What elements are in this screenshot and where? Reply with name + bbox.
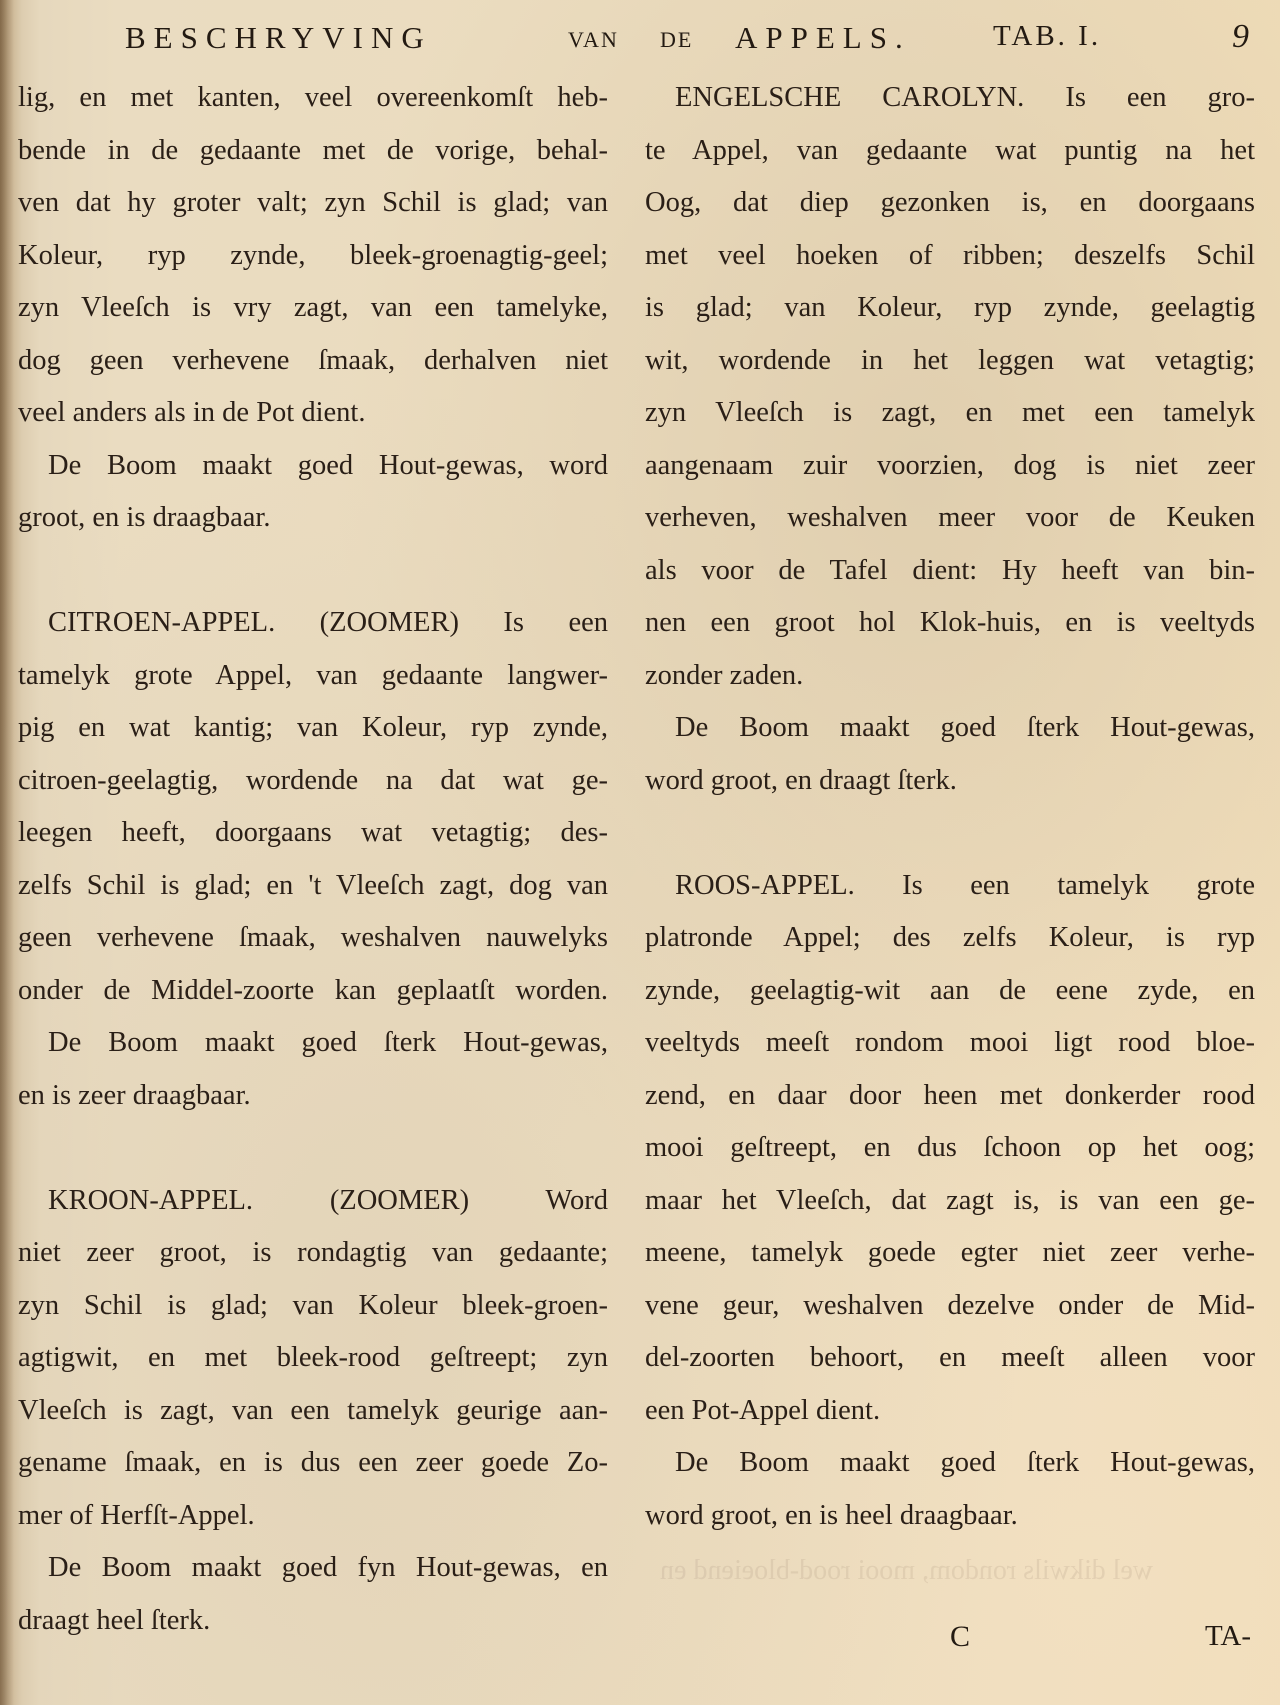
text-line: met veel hoeken of ribben; deszelfs Schi… bbox=[645, 230, 1255, 283]
text-line: gename ſmaak, en is dus een zeer goede Z… bbox=[18, 1437, 608, 1490]
catchword: TA- bbox=[1205, 1620, 1251, 1653]
running-head-tab: TAB. I. bbox=[993, 20, 1101, 53]
text-line: verheven, weshalven meer voor de Keuken bbox=[645, 492, 1255, 545]
text-line: veeltyds meeſt rondom mooi ligt rood blo… bbox=[645, 1017, 1255, 1070]
text-line: zyn Schil is glad; van Koleur bleek-groe… bbox=[18, 1280, 608, 1333]
text-line: wit, wordende in het leggen wat vetagtig… bbox=[645, 335, 1255, 388]
text-line: mer of Herfſt-Appel. bbox=[18, 1490, 608, 1543]
text-line: platronde Appel; des zelfs Koleur, is ry… bbox=[645, 912, 1255, 965]
text-line: groot, en is draagbaar. bbox=[18, 492, 608, 545]
book-page: wel dikwils rondom, mooi rood-bloeiend e… bbox=[0, 0, 1280, 1705]
text-line: nen een groot hol Klok-huis, en is veelt… bbox=[645, 597, 1255, 650]
text-line: Koleur, ryp zynde, bleek-groenagtig-geel… bbox=[18, 230, 608, 283]
gutter-shadow bbox=[0, 0, 14, 1705]
text-line: zend, en daar door heen met donkerder ro… bbox=[645, 1070, 1255, 1123]
tree-note-paragraph: De Boom maakt goed Hout-gewas, word groo… bbox=[18, 440, 608, 545]
text-line: lig, en met kanten, veel overeenkomſt he… bbox=[18, 72, 608, 125]
text-line: tamelyk grote Appel, van gedaante langwe… bbox=[18, 650, 608, 703]
running-head-title: BESCHRYVING bbox=[125, 20, 432, 56]
running-head-van: VAN bbox=[568, 27, 619, 53]
text-line: te Appel, van gedaante wat puntig na het bbox=[645, 125, 1255, 178]
text-line: vene geur, weshalven dezelve onder de Mi… bbox=[645, 1280, 1255, 1333]
running-head-de: DE bbox=[660, 27, 693, 53]
text-line: pig en wat kantig; van Koleur, ryp zynde… bbox=[18, 702, 608, 755]
text-line: De Boom maakt goed ſterk Hout-gewas, bbox=[18, 1017, 608, 1070]
text-line: een Pot-Appel dient. bbox=[645, 1385, 1255, 1438]
entry-roos-appel: ROOS-APPEL. Is een tamelyk grote platron… bbox=[645, 860, 1255, 1543]
section-gap bbox=[18, 1122, 608, 1175]
text-line: word groot, en is heel draagbaar. bbox=[645, 1490, 1255, 1543]
text-line: word groot, en draagt ſterk. bbox=[645, 755, 1255, 808]
section-gap bbox=[18, 545, 608, 598]
text-line: Vleeſch is zagt, van een tamelyk geurige… bbox=[18, 1385, 608, 1438]
entry-heading-line: ENGELSCHE CAROLYN. Is een gro- bbox=[645, 72, 1255, 125]
entry-citroen-appel: CITROEN-APPEL. (ZOOMER) Is een tamelyk g… bbox=[18, 597, 608, 1122]
text-line: dog geen verhevene ſmaak, derhalven niet bbox=[18, 335, 608, 388]
signature-mark: C bbox=[950, 1620, 970, 1654]
entry-kroon-appel: KROON-APPEL. (ZOOMER) Word niet zeer gro… bbox=[18, 1175, 608, 1648]
entry-heading-line: KROON-APPEL. (ZOOMER) Word bbox=[18, 1175, 608, 1228]
show-through-text: wel dikwils rondom, mooi rood-bloeiend e… bbox=[660, 1555, 1153, 1587]
page-number: 9 bbox=[1232, 18, 1249, 56]
text-line: als voor de Tafel dient: Hy heeft van bi… bbox=[645, 545, 1255, 598]
text-line: zonder zaden. bbox=[645, 650, 1255, 703]
text-line: is glad; van Koleur, ryp zynde, geelagti… bbox=[645, 282, 1255, 335]
text-line: zyn Vleeſch is zagt, en met een tamelyk bbox=[645, 387, 1255, 440]
continuation-paragraph: lig, en met kanten, veel overeenkomſt he… bbox=[18, 72, 608, 440]
text-line: draagt heel ſterk. bbox=[18, 1595, 608, 1648]
text-line: bende in de gedaante met de vorige, beha… bbox=[18, 125, 608, 178]
text-line: geen verhevene ſmaak, weshalven nauwelyk… bbox=[18, 912, 608, 965]
text-line: ven dat hy groter valt; zyn Schil is gla… bbox=[18, 177, 608, 230]
text-line: De Boom maakt goed ſterk Hout-gewas, bbox=[645, 702, 1255, 755]
text-line: De Boom maakt goed ſterk Hout-gewas, bbox=[645, 1437, 1255, 1490]
text-line: zynde, geelagtig-wit aan de eene zyde, e… bbox=[645, 965, 1255, 1018]
text-line: agtigwit, en met bleek-rood geſtreept; z… bbox=[18, 1332, 608, 1385]
text-line: leegen heeft, doorgaans wat vetagtig; de… bbox=[18, 807, 608, 860]
text-line: De Boom maakt goed Hout-gewas, word bbox=[18, 440, 608, 493]
right-column: ENGELSCHE CAROLYN. Is een gro- te Appel,… bbox=[645, 72, 1255, 1542]
text-line: zelfs Schil is glad; en 't Vleeſch zagt,… bbox=[18, 860, 608, 913]
text-line: niet zeer groot, is rondagtig van gedaan… bbox=[18, 1227, 608, 1280]
text-line: veel anders als in de Pot dient. bbox=[18, 387, 608, 440]
text-line: mooi geſtreept, en dus ſchoon op het oog… bbox=[645, 1122, 1255, 1175]
text-line: maar het Vleeſch, dat zagt is, is van ee… bbox=[645, 1175, 1255, 1228]
text-line: zyn Vleeſch is vry zagt, van een tamelyk… bbox=[18, 282, 608, 335]
text-line: en is zeer draagbaar. bbox=[18, 1070, 608, 1123]
running-head: BESCHRYVING VAN DE APPELS. TAB. I. bbox=[125, 18, 1245, 58]
text-line: citroen-geelagtig, wordende na dat wat g… bbox=[18, 755, 608, 808]
entry-heading-line: CITROEN-APPEL. (ZOOMER) Is een bbox=[18, 597, 608, 650]
text-line: onder de Middel-zoorte kan geplaatſt wor… bbox=[18, 965, 608, 1018]
section-gap bbox=[645, 807, 1255, 860]
left-column: lig, en met kanten, veel overeenkomſt he… bbox=[18, 72, 608, 1647]
text-line: De Boom maakt goed fyn Hout-gewas, en bbox=[18, 1542, 608, 1595]
text-line: Oog, dat diep gezonken is, en doorgaans bbox=[645, 177, 1255, 230]
entry-heading-line: ROOS-APPEL. Is een tamelyk grote bbox=[645, 860, 1255, 913]
text-line: meene, tamelyk goede egter niet zeer ver… bbox=[645, 1227, 1255, 1280]
text-line: aangenaam zuir voorzien, dog is niet zee… bbox=[645, 440, 1255, 493]
running-head-appels: APPELS. bbox=[735, 20, 911, 56]
text-line: del-zoorten behoort, en meeſt alleen voo… bbox=[645, 1332, 1255, 1385]
entry-engelsche-carolyn: ENGELSCHE CAROLYN. Is een gro- te Appel,… bbox=[645, 72, 1255, 807]
